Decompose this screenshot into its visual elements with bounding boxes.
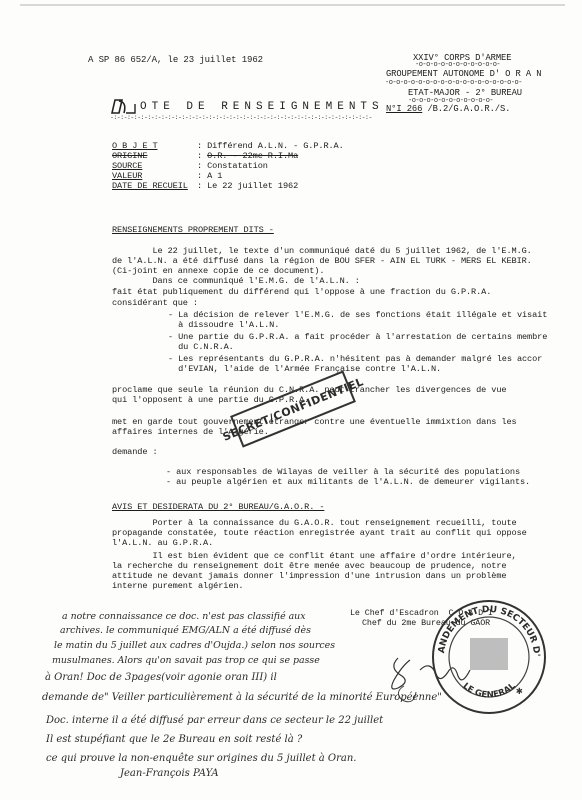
- bullet-line: à dissoudre l'A.L.N.: [168, 320, 279, 330]
- handwritten-author: Jean-François PAYA: [120, 768, 219, 779]
- section-heading-avis: AVIS ET DESIDERATA DU 2° BUREAU/G.A.O.R.…: [112, 502, 324, 512]
- paragraph-line: interne purement algérien.: [112, 581, 244, 591]
- unit-line-groupement: GROUPEMENT AUTONOME D' O R A N: [386, 69, 541, 79]
- paragraph-line: Le 22 juillet, le texte d'un communiqué …: [112, 246, 532, 256]
- field-value-valeur: : A 1: [197, 171, 222, 181]
- bullet-line: - Les représentants du G.P.R.A. n'hésite…: [168, 354, 542, 364]
- field-value-origine: : O.R. - 22me R.I.Ma: [197, 151, 298, 161]
- divider: -o-o-o-o-o-o-o-o-o-o-o-: [415, 61, 500, 69]
- document-number: N°I 266 /B.2/G.A.O.R./S.: [386, 104, 510, 114]
- document-title: OTE DE RENSEIGNEMENTS: [140, 101, 384, 113]
- field-value-source: : Constatation: [197, 161, 268, 171]
- date-recueil-value: Le 22 juillet 1962: [207, 181, 298, 191]
- demands-label: demande :: [112, 447, 158, 457]
- reference-date: A SP 86 652/A, le 23 juillet 1962: [88, 55, 263, 65]
- section-heading-renseignements: RENSEIGNEMENTS PROPREMENT DITS -: [112, 225, 274, 235]
- round-official-stamp: COMMANDEMENT DU SECTEUR D'ORAN LE GENERA…: [430, 598, 548, 716]
- paragraph-line: (Ci-joint en annexe copie de ce document…: [112, 266, 324, 276]
- handwritten-line: archives. le communiqué EMG/ALN a été di…: [60, 625, 311, 636]
- paragraph-line: la recherche du renseignement doit être …: [112, 561, 506, 571]
- paragraph-line: Dans ce communiqué l'E.M.G. de l'A.L.N. …: [112, 276, 360, 286]
- scan-edge-line: [20, 4, 565, 6]
- objet-value: Différend A.L.N. - G.P.R.A.: [207, 141, 344, 151]
- document-page: A SP 86 652/A, le 23 juillet 1962 XXIV° …: [0, 0, 582, 800]
- paragraph-line: de l'A.L.N. a été diffusé dans la région…: [112, 256, 532, 266]
- star-icon: ✱: [516, 686, 523, 698]
- field-label-objet: O B J E T: [112, 141, 158, 151]
- field-label-valeur: VALEUR: [112, 171, 142, 181]
- paragraph-line: propagande constatée, toute réaction enr…: [112, 528, 527, 538]
- paragraph-line: fait état publiquement du différend qui …: [112, 287, 491, 297]
- origine-value: O.R. - 22me R.I.Ma: [207, 151, 298, 161]
- paragraph-line: Porter à la connaissance du G.A.O.R. tou…: [112, 518, 517, 528]
- bullet-line: - Une partie du G.P.R.A. a fait procéder…: [168, 332, 547, 342]
- stylized-n-logo-icon: [110, 98, 136, 114]
- source-value: Constatation: [207, 161, 268, 171]
- paragraph-line: considérant que :: [112, 298, 198, 308]
- confidential-stamp: SECRET/CONFIDENTIEL: [230, 370, 356, 447]
- paragraph-line: l'A.L.N. au G.P.R.A.: [112, 538, 213, 548]
- paragraph-line: Il est bien évident que ce conflit étant…: [112, 551, 517, 561]
- divider: -o-o-o-o-o-o-o-o-o-o-o-o-o-o-o-o-o-o-: [385, 79, 522, 87]
- handwritten-line: ce qui prouve la non-enquête sur origine…: [46, 753, 356, 764]
- number-prefix: N°I 266: [386, 104, 422, 114]
- bullet-line: d'EVIAN, l'aide de l'Armée Française con…: [168, 364, 441, 374]
- handwritten-line: Il est stupéfiant que le 2e Bureau en so…: [46, 734, 302, 745]
- bullet-line: du C.N.R.A.: [168, 342, 234, 352]
- field-label-origine: ORIGINE: [112, 151, 147, 161]
- demand-line: - au peuple algérien et aux militants de…: [166, 477, 530, 487]
- field-label-date-recueil: DATE DE RECUEIL: [112, 181, 188, 191]
- valeur-value: A 1: [207, 171, 222, 181]
- field-label-source: SOURCE: [112, 161, 142, 171]
- handwritten-line: musulmanes. Alors qu'on savait pas trop …: [52, 655, 320, 666]
- field-value-date-recueil: : Le 22 juillet 1962: [197, 181, 298, 191]
- field-value-objet: : Différend A.L.N. - G.P.R.A.: [197, 141, 344, 151]
- handwritten-line: a notre connaissance ce doc. n'est pas c…: [62, 611, 306, 622]
- handwritten-line: le matin du 5 juillet aux cadres d'Oujda…: [54, 640, 335, 651]
- stamp-emblem-icon: [470, 638, 508, 670]
- handwritten-line: demande de" Veiller particulièrement à l…: [42, 692, 442, 703]
- paragraph-line: attitude ne devant jamais donner l'impre…: [112, 571, 506, 581]
- bullet-line: - La décision de relever l'E.M.G. de ses…: [168, 310, 547, 320]
- demand-line: - aux responsables de Wilayas de veiller…: [166, 467, 520, 477]
- title-divider: -:-:-:-:-:-:-:-:-:-:-:-:-:-:-:-:-:-:-:-:…: [110, 114, 372, 121]
- handwritten-line: Doc. interne il a été diffusé par erreur…: [46, 715, 383, 726]
- number-suffix: /B.2/G.A.O.R./S.: [422, 104, 510, 114]
- handwritten-line: à Oran! Doc de 3pages(voir agonie oran I…: [45, 672, 277, 683]
- svg-text:LE GENERAL: LE GENERAL: [461, 681, 518, 700]
- round-stamp-inner-text: LE GENERAL: [461, 681, 518, 700]
